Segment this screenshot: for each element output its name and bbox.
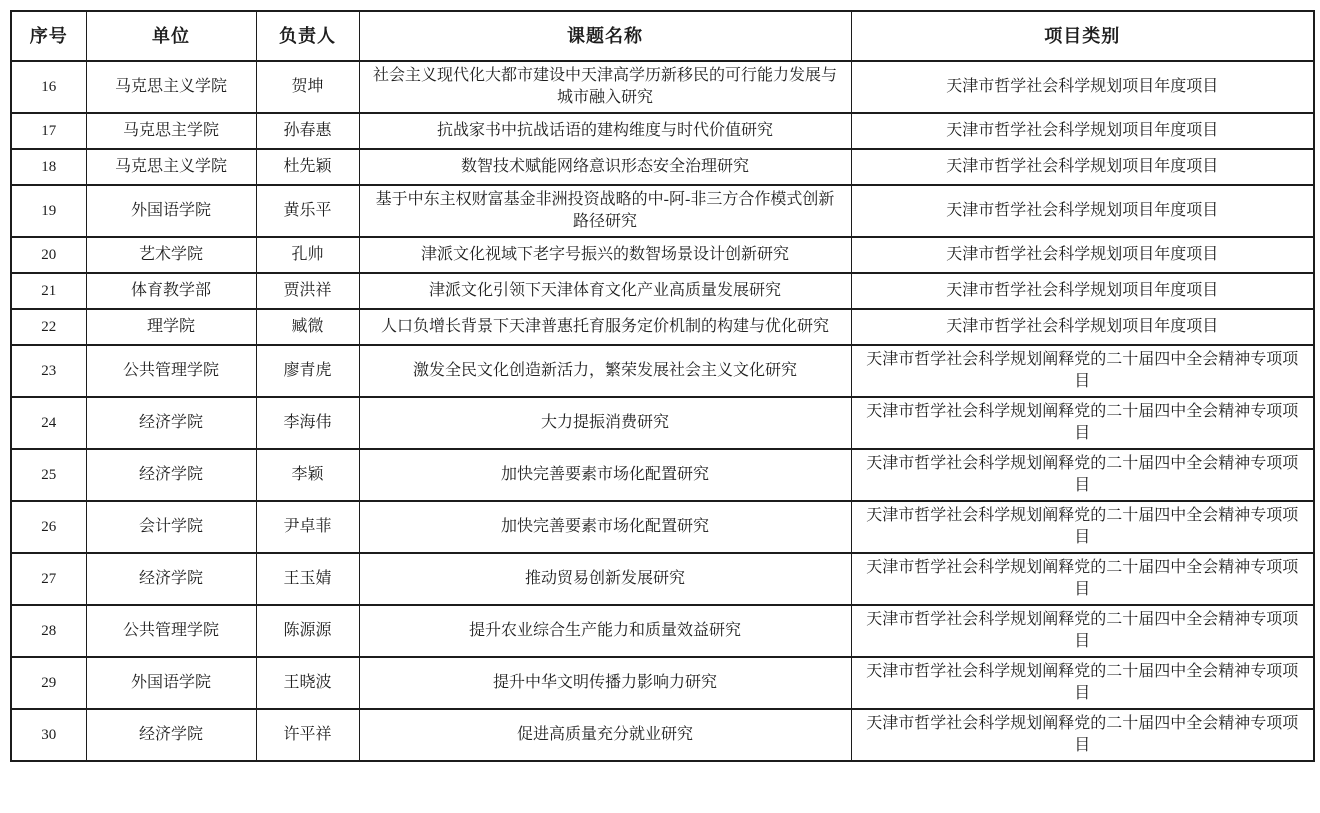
table-row: 26 会计学院 尹卓菲 加快完善要素市场化配置研究 天津市哲学社会科学规划阐释党…	[11, 501, 1314, 553]
cell-unit: 理学院	[86, 309, 256, 345]
cell-project-category: 天津市哲学社会科学规划项目年度项目	[851, 309, 1314, 345]
cell-project-title: 推动贸易创新发展研究	[359, 553, 851, 605]
cell-project-title: 津派文化视域下老字号振兴的数智场景设计创新研究	[359, 237, 851, 273]
table-row: 23 公共管理学院 廖青虎 激发全民文化创造新活力，繁荣发展社会主义文化研究 天…	[11, 345, 1314, 397]
cell-unit: 经济学院	[86, 449, 256, 501]
table-row: 20 艺术学院 孔帅 津派文化视域下老字号振兴的数智场景设计创新研究 天津市哲学…	[11, 237, 1314, 273]
cell-project-category: 天津市哲学社会科学规划阐释党的二十届四中全会精神专项项目	[851, 345, 1314, 397]
cell-serial-number: 26	[11, 501, 86, 553]
cell-unit: 经济学院	[86, 553, 256, 605]
cell-serial-number: 17	[11, 113, 86, 149]
cell-serial-number: 22	[11, 309, 86, 345]
cell-project-title: 提升中华文明传播力影响力研究	[359, 657, 851, 709]
cell-leader: 李海伟	[256, 397, 359, 449]
cell-serial-number: 28	[11, 605, 86, 657]
cell-serial-number: 24	[11, 397, 86, 449]
cell-serial-number: 18	[11, 149, 86, 185]
cell-unit: 公共管理学院	[86, 345, 256, 397]
table-row: 25 经济学院 李颖 加快完善要素市场化配置研究 天津市哲学社会科学规划阐释党的…	[11, 449, 1314, 501]
table-row: 18 马克思主义学院 杜先颖 数智技术赋能网络意识形态安全治理研究 天津市哲学社…	[11, 149, 1314, 185]
cell-project-category: 天津市哲学社会科学规划阐释党的二十届四中全会精神专项项目	[851, 501, 1314, 553]
cell-project-category: 天津市哲学社会科学规划阐释党的二十届四中全会精神专项项目	[851, 657, 1314, 709]
cell-project-category: 天津市哲学社会科学规划项目年度项目	[851, 113, 1314, 149]
cell-project-category: 天津市哲学社会科学规划阐释党的二十届四中全会精神专项项目	[851, 605, 1314, 657]
cell-unit: 外国语学院	[86, 185, 256, 237]
cell-leader: 尹卓菲	[256, 501, 359, 553]
cell-unit: 马克思主义学院	[86, 61, 256, 113]
cell-project-category: 天津市哲学社会科学规划阐释党的二十届四中全会精神专项项目	[851, 553, 1314, 605]
cell-project-title: 津派文化引领下天津体育文化产业高质量发展研究	[359, 273, 851, 309]
table-row: 19 外国语学院 黄乐平 基于中东主权财富基金非洲投资战略的中-阿-非三方合作模…	[11, 185, 1314, 237]
column-header-title: 课题名称	[359, 11, 851, 61]
column-header-no: 序号	[11, 11, 86, 61]
cell-project-title: 抗战家书中抗战话语的建构维度与时代价值研究	[359, 113, 851, 149]
cell-serial-number: 20	[11, 237, 86, 273]
cell-project-title: 人口负增长背景下天津普惠托育服务定价机制的构建与优化研究	[359, 309, 851, 345]
cell-unit: 体育教学部	[86, 273, 256, 309]
cell-unit: 艺术学院	[86, 237, 256, 273]
cell-serial-number: 19	[11, 185, 86, 237]
cell-leader: 陈源源	[256, 605, 359, 657]
cell-serial-number: 23	[11, 345, 86, 397]
cell-project-title: 激发全民文化创造新活力，繁荣发展社会主义文化研究	[359, 345, 851, 397]
table-row: 28 公共管理学院 陈源源 提升农业综合生产能力和质量效益研究 天津市哲学社会科…	[11, 605, 1314, 657]
cell-project-title: 基于中东主权财富基金非洲投资战略的中-阿-非三方合作模式创新路径研究	[359, 185, 851, 237]
cell-leader: 贾洪祥	[256, 273, 359, 309]
cell-serial-number: 16	[11, 61, 86, 113]
table-row: 22 理学院 臧微 人口负增长背景下天津普惠托育服务定价机制的构建与优化研究 天…	[11, 309, 1314, 345]
column-header-unit: 单位	[86, 11, 256, 61]
table-row: 17 马克思主学院 孙春惠 抗战家书中抗战话语的建构维度与时代价值研究 天津市哲…	[11, 113, 1314, 149]
cell-serial-number: 29	[11, 657, 86, 709]
cell-project-category: 天津市哲学社会科学规划项目年度项目	[851, 237, 1314, 273]
table-body: 16 马克思主义学院 贺坤 社会主义现代化大都市建设中天津高学历新移民的可行能力…	[11, 61, 1314, 761]
cell-project-title: 提升农业综合生产能力和质量效益研究	[359, 605, 851, 657]
cell-project-category: 天津市哲学社会科学规划项目年度项目	[851, 273, 1314, 309]
cell-project-category: 天津市哲学社会科学规划阐释党的二十届四中全会精神专项项目	[851, 709, 1314, 761]
cell-serial-number: 27	[11, 553, 86, 605]
table-row: 27 经济学院 王玉婧 推动贸易创新发展研究 天津市哲学社会科学规划阐释党的二十…	[11, 553, 1314, 605]
cell-project-category: 天津市哲学社会科学规划阐释党的二十届四中全会精神专项项目	[851, 449, 1314, 501]
table-row: 16 马克思主义学院 贺坤 社会主义现代化大都市建设中天津高学历新移民的可行能力…	[11, 61, 1314, 113]
cell-unit: 会计学院	[86, 501, 256, 553]
cell-project-title: 加快完善要素市场化配置研究	[359, 449, 851, 501]
column-header-leader: 负责人	[256, 11, 359, 61]
cell-leader: 许平祥	[256, 709, 359, 761]
table-row: 21 体育教学部 贾洪祥 津派文化引领下天津体育文化产业高质量发展研究 天津市哲…	[11, 273, 1314, 309]
cell-project-category: 天津市哲学社会科学规划项目年度项目	[851, 149, 1314, 185]
column-header-category: 项目类别	[851, 11, 1314, 61]
cell-project-category: 天津市哲学社会科学规划阐释党的二十届四中全会精神专项项目	[851, 397, 1314, 449]
cell-project-title: 大力提振消费研究	[359, 397, 851, 449]
cell-serial-number: 21	[11, 273, 86, 309]
cell-serial-number: 25	[11, 449, 86, 501]
cell-unit: 外国语学院	[86, 657, 256, 709]
table-row: 24 经济学院 李海伟 大力提振消费研究 天津市哲学社会科学规划阐释党的二十届四…	[11, 397, 1314, 449]
cell-leader: 孔帅	[256, 237, 359, 273]
cell-serial-number: 30	[11, 709, 86, 761]
cell-project-category: 天津市哲学社会科学规划项目年度项目	[851, 185, 1314, 237]
cell-project-title: 数智技术赋能网络意识形态安全治理研究	[359, 149, 851, 185]
cell-leader: 臧微	[256, 309, 359, 345]
cell-unit: 经济学院	[86, 397, 256, 449]
cell-unit: 马克思主义学院	[86, 149, 256, 185]
cell-unit: 马克思主学院	[86, 113, 256, 149]
table-row: 30 经济学院 许平祥 促进高质量充分就业研究 天津市哲学社会科学规划阐释党的二…	[11, 709, 1314, 761]
cell-project-title: 社会主义现代化大都市建设中天津高学历新移民的可行能力发展与城市融入研究	[359, 61, 851, 113]
cell-project-category: 天津市哲学社会科学规划项目年度项目	[851, 61, 1314, 113]
cell-unit: 公共管理学院	[86, 605, 256, 657]
cell-project-title: 加快完善要素市场化配置研究	[359, 501, 851, 553]
cell-leader: 廖青虎	[256, 345, 359, 397]
cell-leader: 王晓波	[256, 657, 359, 709]
table-row: 29 外国语学院 王晓波 提升中华文明传播力影响力研究 天津市哲学社会科学规划阐…	[11, 657, 1314, 709]
cell-leader: 黄乐平	[256, 185, 359, 237]
cell-leader: 贺坤	[256, 61, 359, 113]
document-page: 序号 单位 负责人 课题名称 项目类别 16 马克思主义学院 贺坤 社会主义现代…	[0, 0, 1320, 775]
cell-project-title: 促进高质量充分就业研究	[359, 709, 851, 761]
cell-leader: 王玉婧	[256, 553, 359, 605]
cell-leader: 孙春惠	[256, 113, 359, 149]
cell-unit: 经济学院	[86, 709, 256, 761]
project-approval-table: 序号 单位 负责人 课题名称 项目类别 16 马克思主义学院 贺坤 社会主义现代…	[10, 10, 1315, 762]
table-header-row: 序号 单位 负责人 课题名称 项目类别	[11, 11, 1314, 61]
cell-leader: 杜先颖	[256, 149, 359, 185]
cell-leader: 李颖	[256, 449, 359, 501]
